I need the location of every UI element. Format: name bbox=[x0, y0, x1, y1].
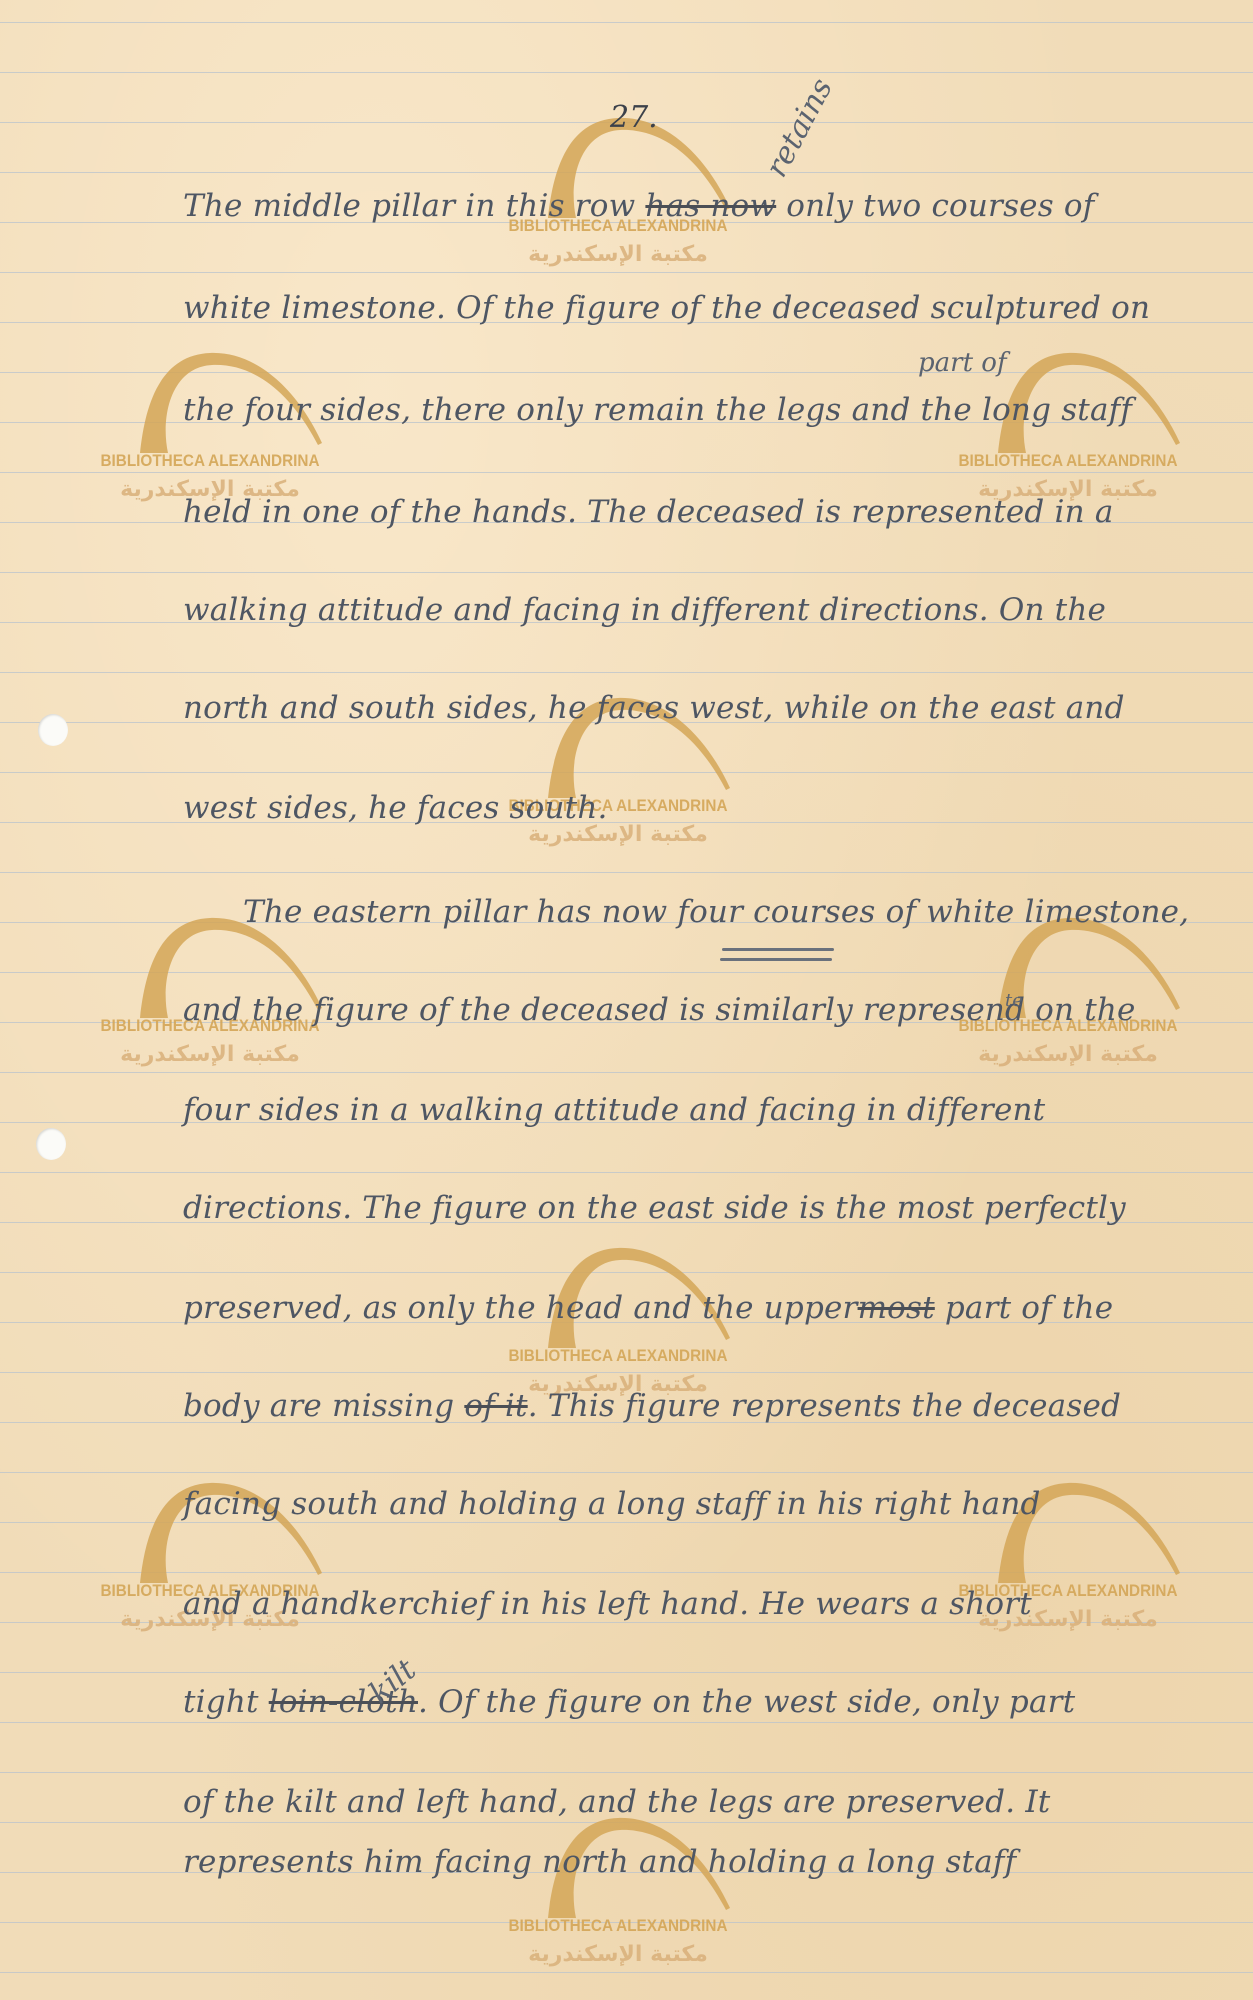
ruled-line bbox=[0, 1072, 1253, 1073]
ruled-line bbox=[0, 1472, 1253, 1473]
text-segment: The middle pillar in this row bbox=[183, 188, 645, 224]
ruled-line bbox=[0, 1972, 1253, 1973]
text-line: west sides, he faces south. bbox=[183, 790, 608, 826]
ruled-line bbox=[0, 272, 1253, 273]
text-segment: . This figure represents the deceased bbox=[528, 1388, 1121, 1424]
annotation-te: te bbox=[1005, 990, 1023, 1011]
ruled-line bbox=[0, 1772, 1253, 1773]
ruled-line bbox=[0, 1922, 1253, 1923]
text-line: and a handkerchief in his left hand. He … bbox=[183, 1586, 1032, 1622]
ruled-line bbox=[0, 972, 1253, 973]
text-line: the four sides, there only remain the le… bbox=[183, 392, 1132, 428]
text-line: walking attitude and facing in different… bbox=[183, 592, 1106, 628]
ruled-line bbox=[0, 1722, 1253, 1723]
text-line: and the figure of the deceased is simila… bbox=[183, 992, 1136, 1028]
ruled-line bbox=[0, 1822, 1253, 1823]
ruled-line bbox=[0, 472, 1253, 473]
ruled-line bbox=[0, 772, 1253, 773]
double-underline bbox=[720, 958, 832, 961]
page-number: 27. bbox=[610, 100, 658, 135]
ruled-line bbox=[0, 1372, 1253, 1373]
ruled-line bbox=[0, 1272, 1253, 1273]
ruled-line bbox=[0, 72, 1253, 73]
ruled-line bbox=[0, 872, 1253, 873]
ruled-line bbox=[0, 1522, 1253, 1523]
text-line: body are missing of it. This figure repr… bbox=[183, 1388, 1121, 1424]
text-segment: preserved, as only the head and the uppe… bbox=[183, 1290, 858, 1326]
text-line: white limestone. Of the figure of the de… bbox=[183, 290, 1150, 326]
text-segment: only two courses of bbox=[776, 188, 1094, 224]
ruled-line bbox=[0, 1572, 1253, 1573]
text-line: north and south sides, he faces west, wh… bbox=[183, 690, 1125, 726]
text-line: four sides in a walking attitude and fac… bbox=[183, 1092, 1045, 1128]
binder-hole-lower bbox=[36, 1128, 66, 1160]
annotation-part-of: part of bbox=[918, 348, 1007, 378]
double-underline bbox=[722, 948, 834, 951]
binder-hole-upper bbox=[38, 714, 68, 746]
ruled-line bbox=[0, 672, 1253, 673]
text-segment: tight bbox=[183, 1684, 269, 1720]
struck-through-text: of it bbox=[464, 1388, 527, 1424]
text-segment: body are missing bbox=[183, 1388, 464, 1424]
struck-through-text: most bbox=[858, 1290, 935, 1326]
ruled-line bbox=[0, 172, 1253, 173]
struck-through-text: has now bbox=[645, 188, 776, 224]
text-segment: part of the bbox=[935, 1290, 1113, 1326]
ruled-line bbox=[0, 1172, 1253, 1173]
ruled-line bbox=[0, 1672, 1253, 1673]
text-segment: . Of the figure on the west side, only p… bbox=[418, 1684, 1075, 1720]
ruled-line bbox=[0, 22, 1253, 23]
text-line: The eastern pillar has now four courses … bbox=[243, 894, 1189, 930]
text-line: represents him facing north and holding … bbox=[183, 1844, 1016, 1880]
text-line: tight loin-cloth. Of the figure on the w… bbox=[183, 1684, 1075, 1720]
text-line: preserved, as only the head and the uppe… bbox=[183, 1290, 1113, 1326]
text-line: The middle pillar in this row has now on… bbox=[183, 188, 1094, 224]
text-line: directions. The figure on the east side … bbox=[183, 1190, 1126, 1226]
text-line: facing south and holding a long staff in… bbox=[183, 1486, 1041, 1522]
text-line: of the kilt and left hand, and the legs … bbox=[183, 1784, 1050, 1820]
ruled-line bbox=[0, 372, 1253, 373]
ruled-line bbox=[0, 1622, 1253, 1623]
ruled-line bbox=[0, 572, 1253, 573]
text-line: held in one of the hands. The deceased i… bbox=[183, 494, 1114, 530]
